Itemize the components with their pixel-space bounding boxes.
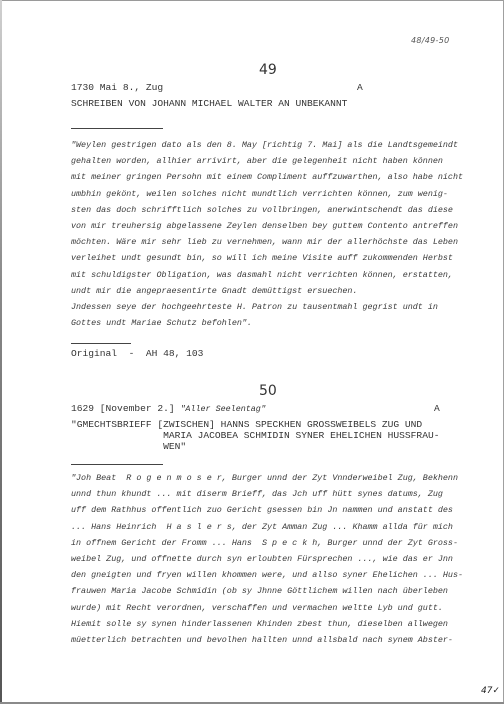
doc50-classification: A: [434, 403, 440, 414]
handwritten-page-mark: 47✓: [481, 686, 500, 696]
doc50-title-rule: [71, 464, 163, 465]
document-number-50: 50: [259, 383, 277, 399]
text-line: undt mir die angepraesentirte Gnadt demü…: [71, 283, 491, 299]
text-line: den gneigten und fryen willen khommen we…: [71, 567, 491, 583]
doc49-source-rule: [71, 343, 131, 344]
doc49-title-rule: [71, 128, 163, 129]
doc50-text: "Joh Beat R o g e n m o s e r, Burger un…: [71, 470, 491, 648]
doc49-date-place: 1730 Mai 8., Zug: [71, 82, 163, 93]
text-line: sten das doch schrifftlich solches zu vo…: [71, 202, 491, 218]
text-line: Jndessen seye der hochgeehrteste H. Patr…: [71, 299, 491, 315]
text-line: wurde) mit Recht verordnen, verschaffen …: [71, 600, 491, 616]
title-line: WEN": [71, 441, 439, 452]
text-line: "Joh Beat R o g e n m o s e r, Burger un…: [71, 470, 491, 486]
page-reference: 48/49-50: [411, 36, 450, 45]
text-line: mit schuldigster Obligation, was dasmahl…: [71, 267, 491, 283]
doc49-classification: A: [357, 82, 363, 93]
text-line: ... Hans Heinrich H a s l e r s, der Zyt…: [71, 519, 491, 535]
doc49-source: Original - AH 48, 103: [71, 348, 203, 359]
text-line: müetterlich betrachten und bevolhen hall…: [71, 632, 491, 648]
text-line: gehalten worden, allhier arrivirt, aber …: [71, 153, 491, 169]
text-line: mit meiner gringen Persohn mit einem Com…: [71, 169, 491, 185]
title-line: MARIA JACOBEA SCHMIDIN SYNER EHELICHEN H…: [71, 430, 439, 441]
doc50-date-prefix: 1629 [November 2.]: [71, 403, 175, 414]
text-line: Hiemit solle sy synen hinderlassenen Khi…: [71, 616, 491, 632]
text-line: in offnem Gericht der Fromm ... Hans S p…: [71, 535, 491, 551]
text-line: "Weylen gestrigen dato als den 8. May [r…: [71, 137, 491, 153]
doc50-date-feast: "Aller Seelentag": [180, 404, 265, 414]
doc50-date: 1629 [November 2.] "Aller Seelentag": [71, 403, 266, 414]
text-line: weibel Zug, und offnette durch syn erlou…: [71, 551, 491, 567]
title-line: "GMECHTSBRIEFF [ZWISCHEN] HANNS SPECKHEN…: [71, 419, 439, 430]
text-line: möchten. Wäre mir sehr lieb zu vernehmen…: [71, 234, 491, 250]
text-line: verleihet undt gesundt bin, so will ich …: [71, 250, 491, 266]
doc50-title: "GMECHTSBRIEFF [ZWISCHEN] HANNS SPECKHEN…: [71, 419, 439, 452]
doc49-title: SCHREIBEN VON JOHANN MICHAEL WALTER AN U…: [71, 98, 347, 109]
text-line: umbhin gekönt, weilen solches nicht mund…: [71, 186, 491, 202]
document-number-49: 49: [259, 62, 277, 78]
doc49-text: "Weylen gestrigen dato als den 8. May [r…: [71, 137, 491, 331]
text-line: unnd thun khundt ... mit diserm Brieff, …: [71, 486, 491, 502]
text-line: frauwen Maria Jacobe Schmidin (ob sy Jhn…: [71, 583, 491, 599]
text-line: Gottes undt Mariae Schutz befohlen".: [71, 315, 491, 331]
text-line: uff dem Rathhus offentlich zuo Gericht g…: [71, 502, 491, 518]
text-line: von mir treuhersig abgelassene Zeylen de…: [71, 218, 491, 234]
page-border-left: [0, 0, 2, 704]
page-border-top: [0, 0, 504, 1]
